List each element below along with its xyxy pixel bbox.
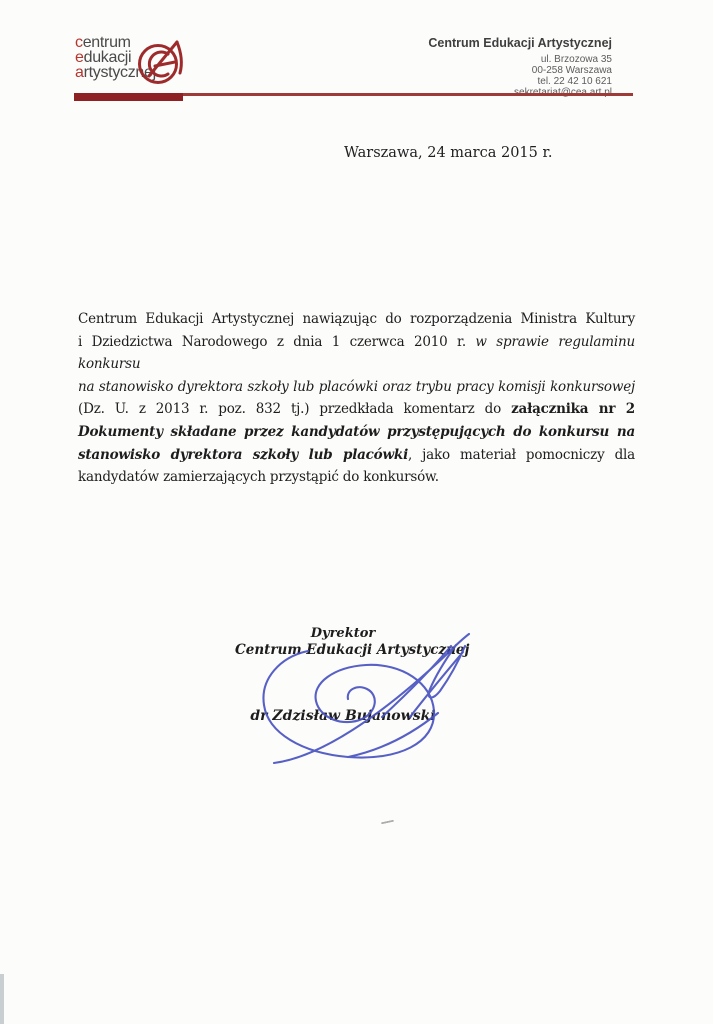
- text-segment: (Dz. U. z 2013 r. poz. 832 tj.) przedkła…: [78, 401, 511, 417]
- letter-body-paragraph: Centrum Edukacji Artystycznej nawiązując…: [78, 308, 635, 489]
- paragraph-line: kandydatów zamierzających przystąpić do …: [78, 466, 635, 489]
- signature-block: Dyrektor Centrum Edukacji Artystycznej d…: [235, 625, 451, 724]
- pen-smudge-mark: [381, 820, 394, 825]
- paragraph-line: stanowisko dyrektora szkoły lub placówki…: [78, 444, 635, 467]
- paragraph-line: i Dziedzictwa Narodowego z dnia 1 czerwc…: [78, 331, 635, 376]
- address-line: tel. 22 42 10 621: [428, 76, 612, 87]
- address-line: ul. Brzozowa 35: [428, 54, 612, 65]
- text-segment: Dokumenty składane przez kandydatów przy…: [78, 424, 635, 440]
- paragraph-line: Dokumenty składane przez kandydatów przy…: [78, 421, 635, 444]
- text-segment: kandydatów zamierzających przystąpić do …: [78, 469, 439, 485]
- text-segment: stanowisko dyrektora szkoły lub placówki: [78, 447, 408, 463]
- cea-monogram-icon: [137, 40, 189, 86]
- text-segment: , jako materiał pomocniczy dla: [408, 447, 635, 463]
- header-rule-thick: [74, 93, 183, 101]
- text-segment: Centrum Edukacji Artystycznej nawiązując…: [78, 311, 635, 327]
- paragraph-line: na stanowisko dyrektora szkoły lub placó…: [78, 376, 635, 399]
- scan-edge-artifact: [0, 974, 4, 1024]
- paragraph-line: (Dz. U. z 2013 r. poz. 832 tj.) przedkła…: [78, 398, 635, 421]
- letterhead-address-block: Centrum Edukacji Artystycznej ul. Brzozo…: [428, 36, 612, 98]
- signer-role: Dyrektor: [235, 625, 451, 642]
- text-segment: na stanowisko dyrektora szkoły lub placó…: [78, 379, 635, 395]
- text-segment: załącznika nr 2: [511, 401, 635, 417]
- header-rule-thin: [183, 93, 633, 96]
- scanned-letter-page: centrumedukacjiartystycznej Centrum Eduk…: [0, 0, 713, 1024]
- text-segment: i Dziedzictwa Narodowego z dnia 1 czerwc…: [78, 334, 475, 350]
- address-line: 00-258 Warszawa: [428, 65, 612, 76]
- signer-name: dr Zdzisław Bujanowski: [235, 708, 451, 724]
- org-title: Centrum Edukacji Artystycznej: [428, 36, 612, 50]
- paragraph-line: Centrum Edukacji Artystycznej nawiązując…: [78, 308, 635, 331]
- signer-organization: Centrum Edukacji Artystycznej: [235, 642, 451, 659]
- address-lines: ul. Brzozowa 3500-258 Warszawatel. 22 42…: [428, 54, 612, 98]
- dateline: Warszawa, 24 marca 2015 r.: [344, 145, 552, 161]
